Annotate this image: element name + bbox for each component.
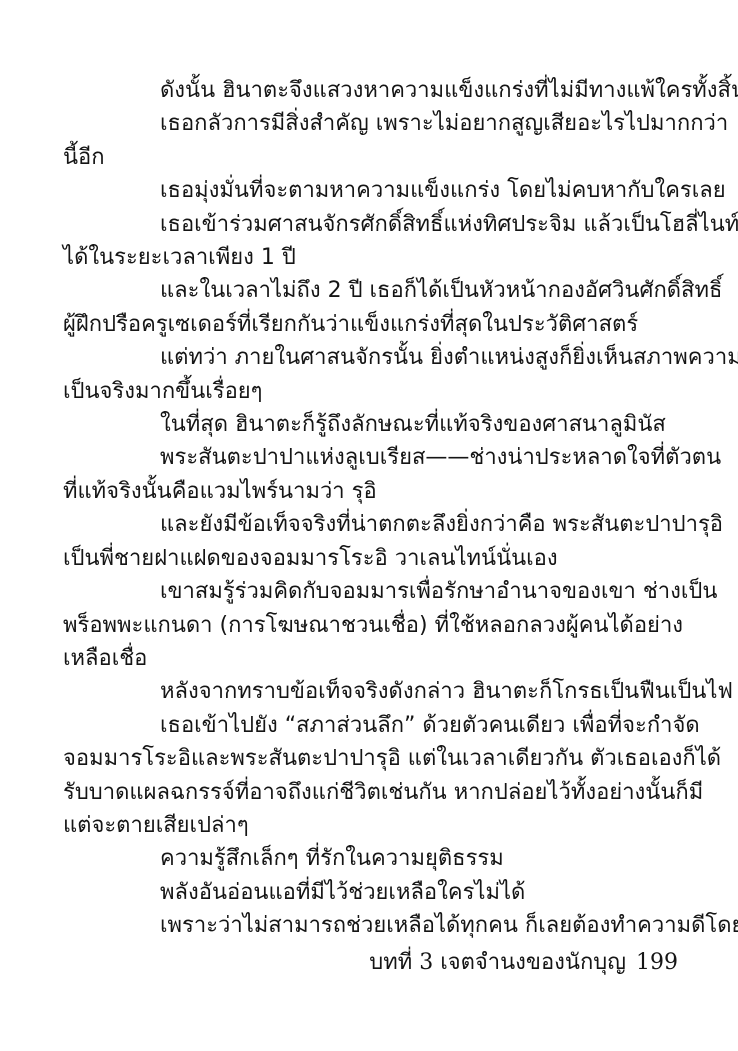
text-line: เขาสมรู้ร่วมคิดกับจอมมารเพื่อรักษาอำนาจข… — [63, 575, 680, 608]
text-line: พลังอันอ่อนแอที่มีไว้ช่วยเหลือใครไม่ได้ — [63, 876, 680, 909]
book-page: ดังนั้น ฮินาตะจึงแสวงหาความแข็งแกร่งที่ไ… — [0, 0, 738, 1051]
text-line: และในเวลาไม่ถึง 2 ปี เธอก็ได้เป็นหัวหน้า… — [63, 274, 680, 307]
text-line: รับบาดแผลฉกรรจ์ที่อาจถึงแก่ชีวิตเช่นกัน … — [63, 776, 680, 809]
text-line: เธอเข้าร่วมศาสนจักรศักดิ์สิทธิ์แห่งทิศปร… — [63, 208, 680, 241]
text-line: แต่ทว่า ภายในศาสนจักรนั้น ยิ่งตำแหน่งสูง… — [63, 341, 680, 374]
body-text: ดังนั้น ฮินาตะจึงแสวงหาความแข็งแกร่งที่ไ… — [63, 74, 680, 943]
text-line: ผู้ฝึกปรือครูเซเดอร์ที่เรียกกันว่าแข็งแก… — [63, 308, 680, 341]
text-line: เธอมุ่งมั่นที่จะตามหาความแข็งแกร่ง โดยไม… — [63, 174, 680, 207]
text-line: หลังจากทราบข้อเท็จจริงดังกล่าว ฮินาตะก็โ… — [63, 675, 680, 708]
chapter-title: บทที่ 3 เจตจำนงของนักบุญ — [369, 950, 626, 975]
text-line: จอมมารโระอิและพระสันตะปาปารุอิ แต่ในเวลา… — [63, 742, 680, 775]
text-line: พระสันตะปาปาแห่งลูเบเรียส——ช่างน่าประหลา… — [63, 441, 680, 474]
text-line: ในที่สุด ฮินาตะก็รู้ถึงลักษณะที่แท้จริงข… — [63, 408, 680, 441]
text-line: เธอเข้าไปยัง “สภาส่วนลึก” ด้วยตัวคนเดียว… — [63, 709, 680, 742]
text-line: เพราะว่าไม่สามารถช่วยเหลือได้ทุกคน ก็เลย… — [63, 909, 680, 942]
text-line: และยังมีข้อเท็จจริงที่น่าตกตะลึงยิ่งกว่า… — [63, 508, 680, 541]
text-line: เหลือเชื่อ — [63, 642, 680, 675]
text-line: เป็นพี่ชายฝาแฝดของจอมมารโระอิ วาเลนไทน์น… — [63, 542, 680, 575]
text-line: ได้ในระยะเวลาเพียง 1 ปี — [63, 241, 680, 274]
text-line: ดังนั้น ฮินาตะจึงแสวงหาความแข็งแกร่งที่ไ… — [63, 74, 680, 107]
text-line: ความรู้สึกเล็กๆ ที่รักในความยุติธรรม — [63, 842, 680, 875]
page-footer: บทที่ 3 เจตจำนงของนักบุญ199 — [63, 948, 678, 978]
text-line: พร็อพพะแกนดา (การโฆษณาชวนเชื่อ) ที่ใช้หล… — [63, 609, 680, 642]
page-number: 199 — [636, 950, 678, 975]
text-line: แต่จะตายเสียเปล่าๆ — [63, 809, 680, 842]
text-line: นี้อีก — [63, 141, 680, 174]
text-line: เป็นจริงมากขึ้นเรื่อยๆ — [63, 375, 680, 408]
text-line: ที่แท้จริงนั้นคือแวมไพร์นามว่า รุอิ — [63, 475, 680, 508]
text-line: เธอกลัวการมีสิ่งสำคัญ เพราะไม่อยากสูญเสี… — [63, 107, 680, 140]
